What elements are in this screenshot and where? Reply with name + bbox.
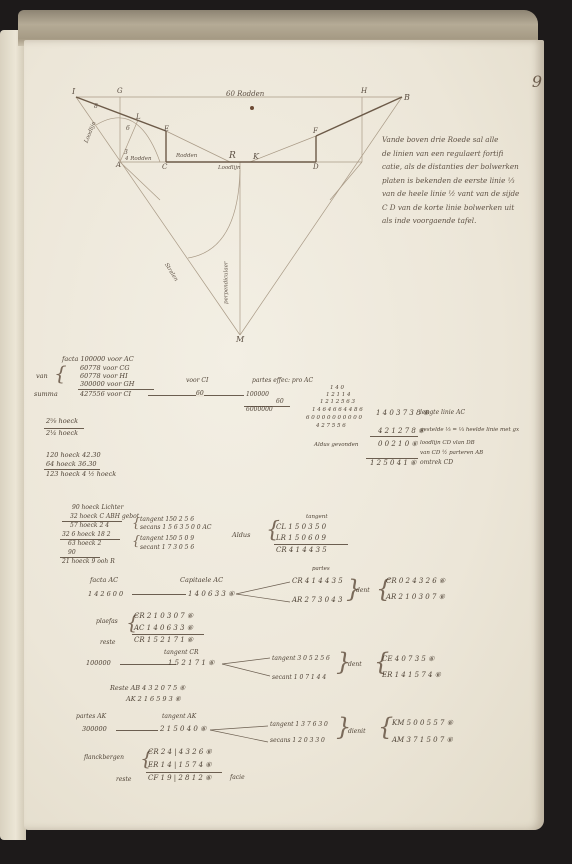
calc8-line	[146, 772, 222, 773]
calc6-bottom-row: AK 2 1 6 5 9 3 ⑥	[126, 696, 181, 703]
calc7-result: KM 5 0 0 5 5 7 ⑥	[392, 720, 453, 727]
calc7-right-row: secans 1 2 0 3 3 0	[270, 738, 325, 744]
calc5-row: CR 2 1 0 3 0 7 ⑥	[134, 613, 193, 620]
calc8-row: ER 1 4 | 1 5 7 4 ⑥	[148, 762, 212, 769]
calc8-label-top: flanckbergen	[84, 755, 124, 761]
calc8-row: CR 2 4 | 4 3 2 6 ⑥	[148, 749, 212, 756]
calc7-mid-value: 2 1 5 0 4 0 ⑥	[160, 726, 206, 733]
calc5-row: CR 1 5 2 1 7 1 ⑥	[134, 637, 193, 644]
calc7-result: AM 3 7 1 5 0 7 ⑥	[392, 737, 453, 744]
calc6-mid-value: 1 5 2 1 7 1 ⑥	[168, 660, 214, 667]
calc6-right-row: secant 1 0 7 1 4 4	[272, 675, 326, 681]
calc4-right-row: CR 4 1 4 4 3 5	[292, 578, 343, 585]
calc4-branch-lines	[0, 0, 572, 864]
calc6-result: ER 1 4 1 5 7 4 ⑥	[382, 672, 441, 679]
calc7-brace: }	[336, 715, 351, 739]
calc5-row: AC 1 4 0 6 3 3 ⑥	[134, 625, 193, 632]
calc4-result: AR 2 1 0 3 0 7 ⑥	[386, 594, 445, 601]
calc5-label-bottom: reste	[100, 640, 115, 646]
calc6-bottom-row: Reste AB 4 3 2 0 7 5 ⑥	[110, 685, 185, 692]
calc7-left-value: 300000	[82, 726, 107, 733]
calc6-right-row: tangent 3 0 5 2 5 6	[272, 656, 330, 662]
calc8-row: CF 1 9 | 2 8 1 2 ⑥	[148, 775, 211, 782]
calc4-right-header: partes	[312, 567, 330, 573]
calc4-right-row: AR 2 7 3 0 4 3	[292, 597, 342, 604]
calc5-label-top: plaefas	[96, 619, 118, 625]
calc4-result-label: dent	[356, 588, 370, 594]
calc6-left-value: 100000	[86, 660, 111, 667]
calc5-line	[132, 634, 204, 635]
calc6-result: CE 4 0 7 3 5 ⑥	[382, 656, 434, 663]
calc6-mid-label: tangent CR	[164, 650, 199, 656]
calc8-tail: facie	[230, 775, 245, 781]
calc7-left-label: partes AK	[76, 714, 106, 720]
calc6-result-label: dent	[348, 662, 362, 668]
calc7-connector	[116, 730, 158, 731]
calc7-result-brace: {	[378, 715, 393, 739]
calc8-label-bottom: reste	[116, 777, 131, 783]
calc7-result-label: dienit	[348, 729, 366, 735]
calc7-right-row: tangent 1 3 7 6 3 0	[270, 722, 328, 728]
calc4-result: CR 0 2 4 3 2 6 ⑥	[386, 578, 445, 585]
calc7-mid-label: tangent AK	[162, 714, 196, 720]
